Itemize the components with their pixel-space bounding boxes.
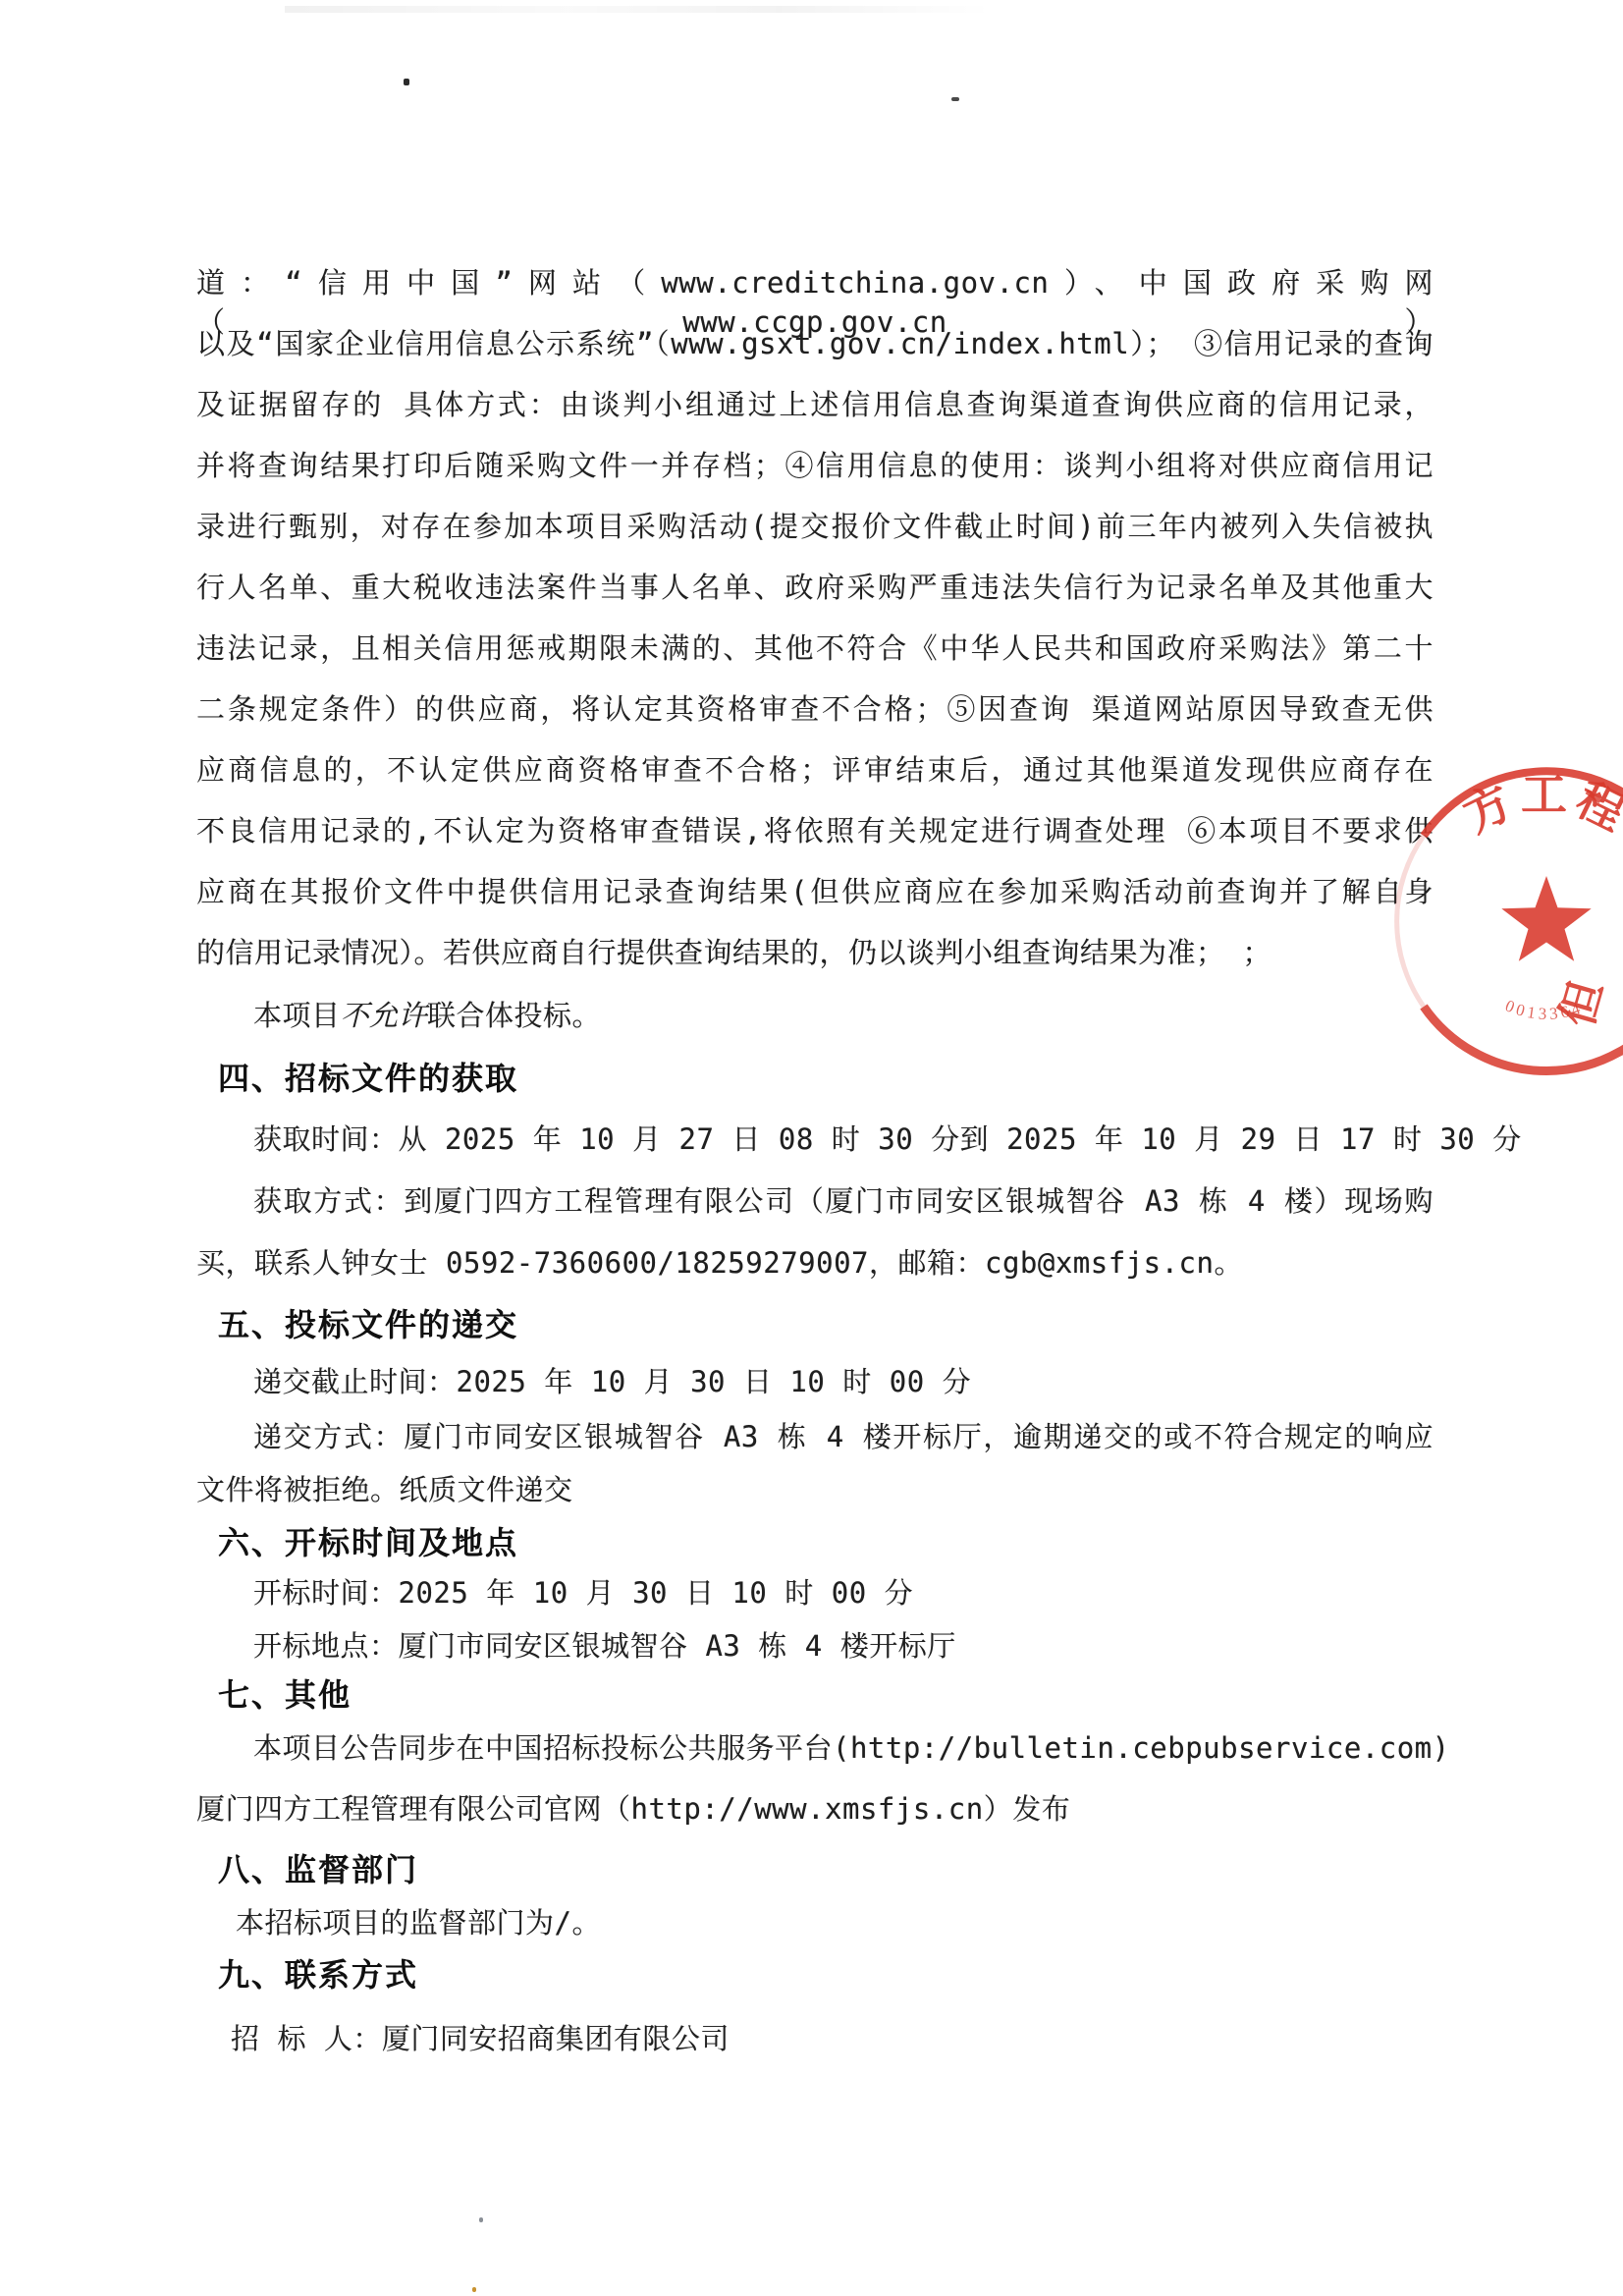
no-consortium-line: 本项目不允许联合体投标。 bbox=[253, 996, 601, 1035]
body-line: 录进行甄别，对存在参加本项目采购活动(提交报价文件截止时间)前三年内被列入失信被… bbox=[196, 507, 1434, 546]
section-heading-4: 四、招标文件的获取 bbox=[218, 1057, 518, 1100]
body-line: 不良信用记录的,不认定为资格审查错误,将依照有关规定进行调查处理 ⑥本项目不要求… bbox=[196, 811, 1434, 850]
section-heading-9: 九、联系方式 bbox=[218, 1953, 418, 1996]
scan-speck bbox=[951, 97, 959, 101]
body-line: 以及“国家企业信用信息公示系统”（www.gsxt.gov.cn/index.h… bbox=[196, 324, 1434, 363]
body-line: 应商在其报价文件中提供信用记录查询结果(但供应商应在参加采购活动前查询并了解自身 bbox=[196, 872, 1434, 911]
tenderer-line: 招 标 人：厦门同安招商集团有限公司 bbox=[231, 2019, 730, 2058]
company-website-line: 厦门四方工程管理有限公司官网（http://www.xmsfjs.cn）发布 bbox=[196, 1789, 1070, 1829]
body-line: 并将查询结果打印后随采购文件一并存档；④信用信息的使用：谈判小组将对供应商信用记 bbox=[196, 446, 1434, 485]
obtain-method-line: 获取方式：到厦门四方工程管理有限公司（厦门市同安区银城智谷 A3 栋 4 楼）现… bbox=[253, 1181, 1434, 1221]
obtain-time-line: 获取时间：从 2025 年 10 月 27 日 08 时 30 分到 2025 … bbox=[253, 1120, 1522, 1159]
obtain-contact-line: 买，联系人钟女士 0592-7360600/18259279007，邮箱：cgb… bbox=[196, 1243, 1243, 1283]
body-line: 应商信息的，不认定供应商资格审查不合格；评审结束后，通过其他渠道发现供应商存在 bbox=[196, 750, 1434, 790]
no-consortium-suffix: 联合体投标。 bbox=[427, 999, 601, 1032]
scan-speck bbox=[472, 2287, 476, 2292]
seal-ring-left bbox=[1397, 836, 1424, 1007]
opening-place-line: 开标地点：厦门市同安区银城智谷 A3 栋 4 楼开标厅 bbox=[253, 1626, 956, 1666]
body-line: 违法记录，且相关信用惩戒期限未满的、其他不符合《中华人民共和国政府采购法》第二十 bbox=[196, 629, 1434, 668]
section-heading-6: 六、开标时间及地点 bbox=[218, 1521, 518, 1564]
opening-time-line: 开标时间：2025 年 10 月 30 日 10 时 00 分 bbox=[253, 1573, 913, 1613]
star-icon bbox=[1501, 876, 1591, 961]
scan-smudge bbox=[285, 6, 992, 13]
body-line: 的信用记录情况）。若供应商自行提供查询结果的，仍以谈判小组查询结果为准； ； bbox=[196, 933, 1434, 972]
body-line: 及证据留存的 具体方式：由谈判小组通过上述信用信息查询渠道查询供应商的信用记录， bbox=[196, 385, 1434, 424]
submit-method-cont-line: 文件将被拒绝。纸质文件递交 bbox=[196, 1470, 573, 1509]
scan-speck bbox=[404, 79, 409, 85]
submit-method-line: 递交方式：厦门市同安区银城智谷 A3 栋 4 楼开标厅，逾期递交的或不符合规定的… bbox=[253, 1417, 1434, 1456]
body-line: 行人名单、重大税收违法案件当事人名单、政府采购严重违法失信行为记录名单及其他重大 bbox=[196, 568, 1434, 607]
scanned-tender-document-page: 道：“信用中国”网站（www.creditchina.gov.cn）、中国政府采… bbox=[0, 0, 1623, 2296]
red-company-seal: 方工程 0013364 但 bbox=[1394, 754, 1623, 1093]
section-heading-7: 七、其他 bbox=[218, 1673, 352, 1717]
announcement-platform-line: 本项目公告同步在中国招标投标公共服务平台(http://bulletin.ceb… bbox=[253, 1728, 1450, 1768]
submit-deadline-line: 递交截止时间：2025 年 10 月 30 日 10 时 00 分 bbox=[253, 1362, 971, 1401]
no-consortium-prefix: 本项目 bbox=[253, 999, 341, 1032]
body-line: 二条规定条件）的供应商，将认定其资格审查不合格；⑤因查询 渠道网站原因导致查无供 bbox=[196, 689, 1434, 729]
no-consortium-emphasis: 不允许 bbox=[341, 999, 428, 1032]
seal-arc-text: 方工程 bbox=[1456, 770, 1623, 843]
seal-side-char: 但 bbox=[1551, 975, 1612, 1032]
section-heading-5: 五、投标文件的递交 bbox=[218, 1303, 518, 1346]
section-heading-8: 八、监督部门 bbox=[218, 1848, 418, 1891]
scan-speck bbox=[479, 2217, 483, 2222]
supervision-line: 本招标项目的监督部门为/。 bbox=[236, 1903, 601, 1942]
svg-text:方工程: 方工程 bbox=[1456, 770, 1623, 843]
